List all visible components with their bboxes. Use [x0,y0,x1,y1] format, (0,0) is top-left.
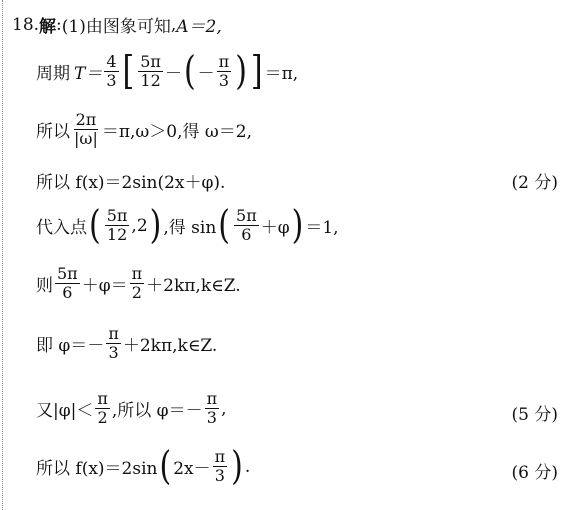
line-final: 所以 f(x)＝2sin ( 2x－ π3 ) . [36,448,250,486]
fraction: π3 [205,390,220,428]
line-also: 又|φ|＜ π2 ,所以 φ＝－ π3 , [36,390,227,428]
score-6: (6 分) [512,458,558,483]
fraction: 43 [104,53,118,91]
line-period: 周期 T＝ 43 [ 5π12 － ( － π3 ) ] ＝π, [36,53,298,91]
fraction: π2 [130,265,145,303]
problem-number: 18. [12,15,39,35]
fraction: π3 [106,325,121,363]
fraction: 5π12 [138,53,163,91]
line-ie: 即 φ＝－ π3 ＋2kπ,k∈Z. [36,325,217,363]
fraction: 5π12 [105,207,130,245]
fraction: 5π6 [55,265,80,303]
fraction: 5π6 [234,207,259,245]
line-header: 18. 解 : (1)由图象可知 , A＝2, [12,12,222,37]
line-f-general: 所以 f(x)＝2sin(2x＋φ). [36,168,225,193]
fraction: π3 [217,53,232,91]
solution-label: 解 [39,12,56,37]
dotted-left-border [2,0,3,510]
amplitude-eq: A＝2, [176,12,222,37]
score-2: (2 分) [512,168,558,193]
score-5: (5 分) [512,400,558,425]
fraction: π2 [95,390,110,428]
line-omega: 所以 2π|ω| ＝π,ω＞0,得 ω＝2, [36,111,252,149]
part-text: (1)由图象可知 [62,12,171,37]
fraction: 2π|ω| [72,111,100,149]
line-substitute: 代入点 ( 5π12 ,2 ) ,得 sin ( 5π6 ＋φ ) ＝1, [36,207,339,245]
line-then: 则 5π6 ＋φ＝ π2 ＋2kπ,k∈Z. [36,265,241,303]
fraction: π3 [213,448,228,486]
